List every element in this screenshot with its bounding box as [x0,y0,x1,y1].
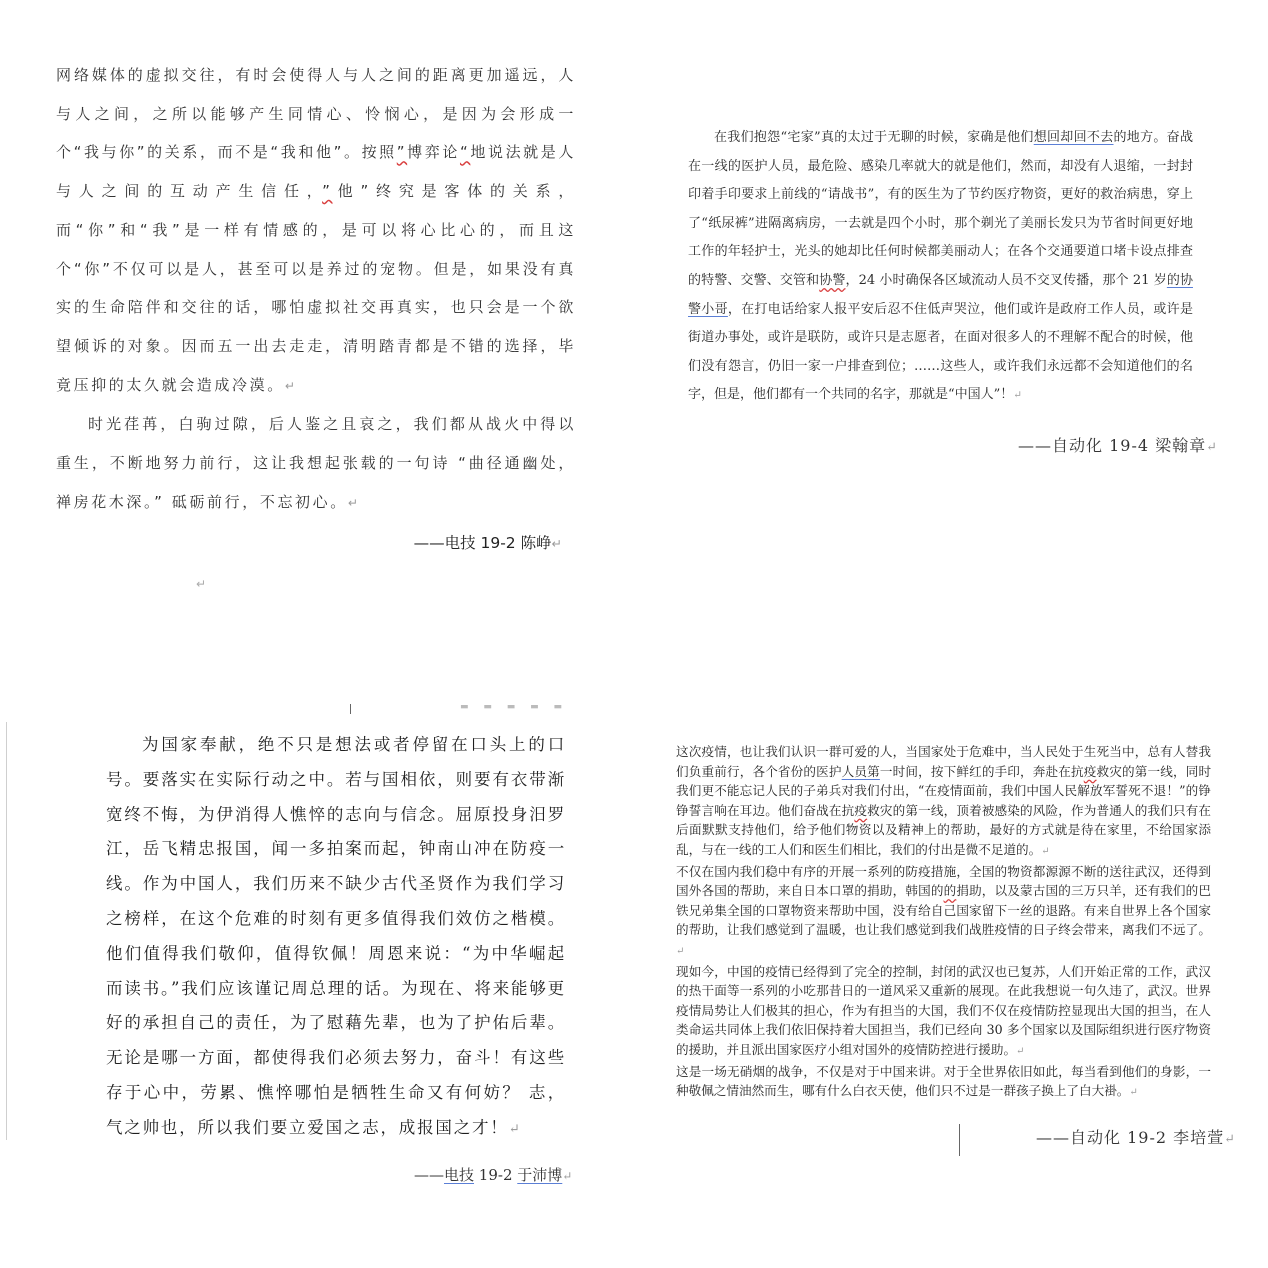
signature-text: ——电技 19-2 陈峥 [414,534,552,552]
signature-text: ——自动化 19-4 梁翰章 [1018,436,1206,455]
author-signature: ——自动化 19-2 李培萱↵ [1036,1128,1235,1150]
text-cursor [350,704,351,714]
essay-paragraph: 在我们抱怨“宅家”真的太过于无聊的时候，家确是他们想回却回不去的地方。奋战在一线… [688,124,1193,410]
essay-yu-peibo: 为国家奉献，绝不只是想法或者停留在口头上的口号。要落实在实际行动之中。若与国相依… [106,728,566,1148]
empty-paragraph: ↵ [56,564,576,604]
text-run: 他”终究是客体的关系，而“你”和“我”是一样有情感的，是可以将心比心的，而且这个… [56,182,576,394]
grammar-mark: 想回却回不去 [1034,130,1114,145]
paragraph-mark-icon: ↵ [1041,846,1049,857]
essay-paragraph: 不仅在国内我们稳中有序的开展一系列的防疫措施，全国的物资都源源不断的送往武汉，还… [676,862,1211,962]
spellcheck-mark: 协警 [819,273,845,288]
paragraph-mark-icon: ↵ [1206,440,1217,455]
spellcheck-mark: ” [397,143,407,161]
grammar-mark: 人员第 [842,764,880,779]
spellcheck-mark: 的 [944,883,957,898]
essay-paragraph: 网络媒体的虚拟交往，有时会使得人与人之间的距离更加遥远，人与人之间，之所以能够产… [56,56,576,405]
paragraph-mark-icon: ↵ [509,1122,520,1137]
paragraph-mark-icon: ↵ [285,379,295,393]
author-signature: ——自动化 19-4 梁翰章↵ [1018,432,1258,463]
paragraph-mark-icon: ↵ [348,496,358,510]
spellcheck-mark: “ [460,143,470,161]
spellcheck-mark: 疫 [854,803,867,818]
text-run: 博弈论 [407,143,460,161]
paragraph-mark-icon: ↵ [676,946,684,957]
text-run: 的地方。奋战在一线的医护人员，最危险、感染几率就大的就是他们，然而，却没有人退缩… [688,130,1193,288]
essay-li-peixuan: 这次疫情，也让我们认识一群可爱的人，当国家处于危难中，当人民处于生死当中，总有人… [676,742,1211,1103]
text-run: 时光荏苒，白驹过隙，后人鉴之且哀之，我们都从战火中得以重生，不断地努力前行，这让… [56,415,576,510]
paragraph-mark-icon: ↵ [552,536,562,551]
signature-dash: —— [414,1166,444,1184]
spellcheck-mark: ” [322,182,332,200]
signature-major: 电技 [444,1166,474,1184]
essay-liang-hanzhang: 在我们抱怨“宅家”真的太过于无聊的时候，家确是他们想回却回不去的地方。奋战在一线… [688,124,1193,410]
signature-text: ——自动化 19-2 李培萱 [1036,1128,1224,1147]
spellcheck-mark: 疫 [1084,764,1097,779]
text-run: 现如今，中国的疫情已经得到了完全的控制，封闭的武汉也已复苏，人们开始正常的工作，… [676,964,1211,1057]
paragraph-mark-icon: ↵ [1224,1132,1235,1147]
faded-header-text: ▬ ▬ ▬ ▬ ▬ [460,702,568,712]
paragraph-mark-icon: ↵ [1013,389,1022,401]
author-signature: ——电技 19-2 于沛博↵ [414,1158,572,1194]
text-run: 在我们抱怨“宅家”真的太过于无聊的时候，家确是他们 [714,130,1034,145]
paragraph-mark-icon: ↵ [1129,1087,1137,1098]
signature-class: 19-2 [474,1166,517,1184]
text-run: ，在打电话给家人报平安后忍不住低声哭泣，他们或许是政府工作人员，或许是街道办事处… [688,302,1193,403]
essay-paragraph: 现如今，中国的疫情已经得到了完全的控制，封闭的武汉也已复苏，人们开始正常的工作，… [676,962,1211,1062]
paragraph-mark-icon: ↵ [196,577,206,591]
essay-chen-zheng: 网络媒体的虚拟交往，有时会使得人与人之间的距离更加遥远，人与人之间，之所以能够产… [56,56,576,604]
paragraph-mark-icon: ↵ [562,1169,572,1183]
essay-paragraph: 为国家奉献，绝不只是想法或者停留在口头上的口号。要落实在实际行动之中。若与国相依… [106,728,566,1148]
text-run: 一时间，按下鲜红的手印，奔赴在抗 [880,764,1084,779]
essay-paragraph: 时光荏苒，白驹过隙，后人鉴之且哀之，我们都从战火中得以重生，不断地努力前行，这让… [56,405,576,522]
text-run: ，24 小时确保各区域流动人员不交叉传播，那个 21 岁 [845,273,1166,288]
essay-paragraph: 这次疫情，也让我们认识一群可爱的人，当国家处于危难中，当人民处于生死当中，总有人… [676,742,1211,862]
author-signature: ——电技 19-2 陈峥↵ [56,524,576,564]
paragraph-mark-icon: ↵ [1016,1046,1024,1057]
text-run: 为国家奉献，绝不只是想法或者停留在口头上的口号。要落实在实际行动之中。若与国相依… [106,735,566,1137]
text-cursor [959,1124,960,1156]
essay-paragraph: 这是一场无硝烟的战争，不仅是对于中国来讲。对于全世界依旧如此，每当看到他们的身影… [676,1062,1211,1103]
signature-name: 于沛博 [517,1166,562,1184]
page-edge-line [6,722,7,1140]
